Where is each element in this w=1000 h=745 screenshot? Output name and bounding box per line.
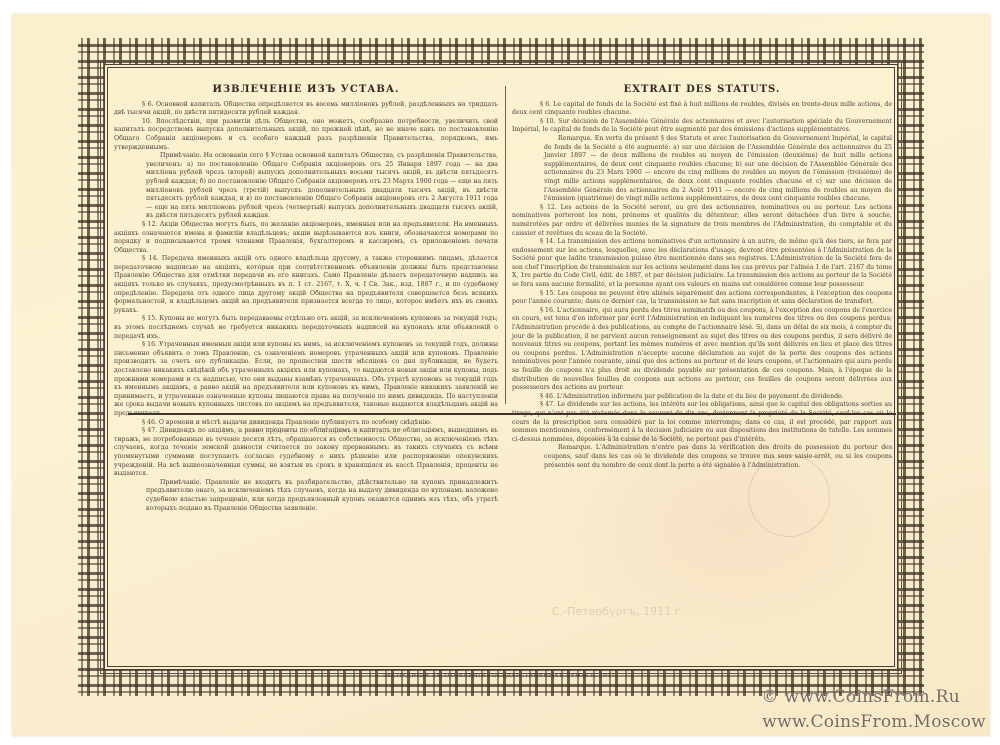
russian-heading: ИЗВЛЕЧЕНІЕ ИЗЪ УСТАВА. bbox=[114, 86, 498, 95]
watermark-coinsfrom-moscow: www.CoinsFrom.Moscow bbox=[762, 712, 986, 732]
statute-paragraph: § 15. Купоны не могутъ быть передаваемы … bbox=[114, 315, 498, 341]
statute-paragraph: § 10. Sur décision de l'Assemblée Généra… bbox=[512, 118, 892, 135]
statute-paragraph: § 16. L'actionnaire, qui aura perdu des … bbox=[512, 307, 892, 393]
printer-imprint: ЭКСПЕДИЦІЯ ЗАГОТОВЛЕНІЯ ГОСУДАРСТВЕННЫХЪ… bbox=[0, 673, 1000, 679]
statute-paragraph: § 12. Les actions de la Société seront, … bbox=[512, 204, 892, 238]
section-divider bbox=[128, 413, 896, 415]
statute-paragraph: Remarque. En vertu du présent § des Stat… bbox=[512, 135, 892, 204]
statute-paragraph: § 46. О времени и мѣстѣ выдачи дивиденда… bbox=[114, 419, 498, 428]
statute-paragraph: § 12. Акціи Общества могутъ быть, по жел… bbox=[114, 221, 498, 255]
statute-paragraph: § 46. L'Administration informera par pub… bbox=[512, 393, 892, 402]
statute-paragraph: Примѣчаніе. На основаніи сего § Устава о… bbox=[114, 152, 498, 221]
statute-paragraph: § 6. Основной капиталъ Общества опредѣля… bbox=[114, 101, 498, 118]
statute-paragraph: 10. Впослѣдствіи, при развитіи дѣлъ Обще… bbox=[114, 118, 498, 152]
watermark-coinsfrom-ru: © www.CoinsFrom.Ru bbox=[761, 687, 960, 707]
statute-paragraph: § 47. Дивидендъ по акціямъ, а равно проц… bbox=[114, 427, 498, 479]
statute-note: Remarque. L'Administration n'entre pas d… bbox=[512, 444, 892, 470]
french-heading: EXTRAIT DES STATUTS. bbox=[512, 86, 892, 95]
statute-paragraph: § 6. Le capital de fonds de la Société e… bbox=[512, 101, 892, 118]
statute-paragraph: § 16. Утраченныя именныя акціи или купон… bbox=[114, 341, 498, 418]
column-divider bbox=[505, 86, 506, 404]
statute-paragraph: § 15. Les coupons ne peuvent être aliéné… bbox=[512, 290, 892, 307]
statute-paragraph: § 14. La transmission des actions nomina… bbox=[512, 238, 892, 290]
russian-statutes-column: ИЗВЛЕЧЕНІЕ ИЗЪ УСТАВА. § 6. Основной кап… bbox=[114, 86, 498, 513]
statute-paragraph: § 14. Передача именныхъ акцій отъ одного… bbox=[114, 255, 498, 315]
statute-paragraph: § 47. Le dividende sur les actions, les … bbox=[512, 401, 892, 444]
statute-note: Примѣчаніе. Правленіе не входитъ въ разб… bbox=[114, 479, 498, 513]
